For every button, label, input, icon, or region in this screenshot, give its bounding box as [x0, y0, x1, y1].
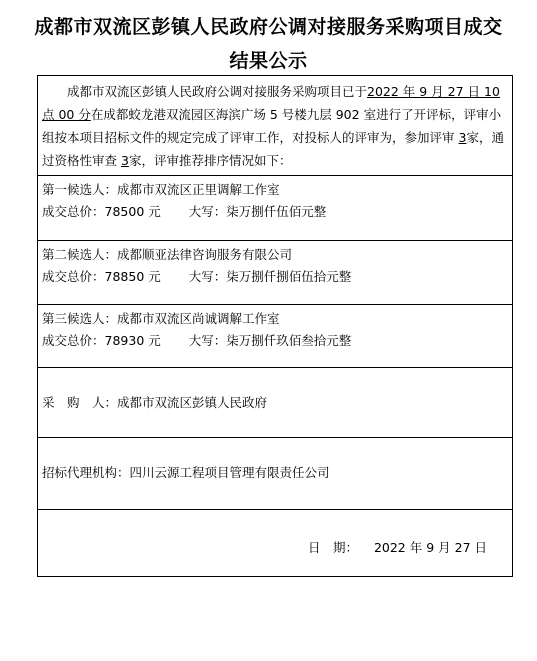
page-title: 成都市双流区彭镇人民政府公调对接服务采购项目成交	[0, 12, 537, 39]
price-label: 成交总价：	[42, 333, 105, 348]
intro-paragraph: 成都市双流区彭镇人民政府公调对接服务采购项目已于2022 年 9 月 27 日 …	[42, 80, 508, 172]
agency-label: 招标代理机构：	[42, 465, 130, 480]
caps-value: 柒万捌仟伍佰元整	[226, 204, 326, 219]
price-value: 78850 元	[105, 269, 161, 284]
date-row: 日 期： 2022 年 9 月 27 日	[38, 510, 512, 576]
candidate-name-line: 第三候选人：成都市双流区尚诚调解工作室	[42, 308, 508, 330]
agency-row: 招标代理机构：四川云源工程项目管理有限责任公司	[38, 438, 512, 510]
candidate-name: 成都市双流区正里调解工作室	[117, 182, 280, 197]
qualified-count: 3	[121, 153, 129, 168]
intro-prefix: 成都市双流区彭镇人民政府公调对接服务采购项目已于	[67, 84, 367, 99]
candidate-row: 第三候选人：成都市双流区尚诚调解工作室 成交总价：78930 元大写：柒万捌仟玖…	[38, 305, 512, 368]
caps-value: 柒万捌仟捌佰伍拾元整	[226, 269, 351, 284]
candidate-name: 成都市双流区尚诚调解工作室	[117, 311, 280, 326]
intro-suffix: 家，评审推荐排序情况如下：	[129, 153, 292, 168]
date-value: 2022 年 9 月 27 日	[374, 540, 487, 555]
price-label: 成交总价：	[42, 204, 105, 219]
caps-label: 大写：	[189, 269, 227, 284]
intro-middle: 在成都蛟龙港双流园区海滨广场 5 号楼九层 902 室进行了开评标，评审小组按本…	[42, 107, 501, 145]
candidate-price-line: 成交总价：78850 元大写：柒万捌仟捌佰伍拾元整	[42, 266, 508, 288]
candidate-name: 成都顺亚法律咨询服务有限公司	[117, 247, 292, 262]
purchaser-label: 采 购 人：	[42, 395, 117, 410]
purchaser-row: 采 购 人：成都市双流区彭镇人民政府	[38, 368, 512, 438]
intro-section: 成都市双流区彭镇人民政府公调对接服务采购项目已于2022 年 9 月 27 日 …	[38, 76, 512, 176]
price-label: 成交总价：	[42, 269, 105, 284]
price-value: 78930 元	[105, 333, 161, 348]
candidate-name-line: 第二候选人：成都顺亚法律咨询服务有限公司	[42, 244, 508, 266]
candidate-name-line: 第一候选人：成都市双流区正里调解工作室	[42, 179, 508, 201]
candidate-price-line: 成交总价：78500 元大写：柒万捌仟伍佰元整	[42, 201, 508, 223]
date-label: 日 期：	[308, 540, 358, 555]
candidate-row: 第一候选人：成都市双流区正里调解工作室 成交总价：78500 元大写：柒万捌仟伍…	[38, 176, 512, 241]
date-line: 日 期： 2022 年 9 月 27 日	[308, 538, 487, 556]
caps-label: 大写：	[189, 333, 227, 348]
candidate-label: 第三候选人：	[42, 311, 117, 326]
page-title-line2: 结果公示	[0, 46, 537, 73]
price-value: 78500 元	[105, 204, 161, 219]
candidate-row: 第二候选人：成都顺亚法律咨询服务有限公司 成交总价：78850 元大写：柒万捌仟…	[38, 241, 512, 305]
caps-value: 柒万捌仟玖佰叁拾元整	[226, 333, 351, 348]
candidate-label: 第二候选人：	[42, 247, 117, 262]
agency-value: 四川云源工程项目管理有限责任公司	[130, 465, 330, 480]
caps-label: 大写：	[189, 204, 227, 219]
candidate-label: 第一候选人：	[42, 182, 117, 197]
purchaser-value: 成都市双流区彭镇人民政府	[117, 395, 267, 410]
candidate-price-line: 成交总价：78930 元大写：柒万捌仟玖佰叁拾元整	[42, 330, 508, 352]
result-table: 成都市双流区彭镇人民政府公调对接服务采购项目已于2022 年 9 月 27 日 …	[37, 75, 513, 577]
